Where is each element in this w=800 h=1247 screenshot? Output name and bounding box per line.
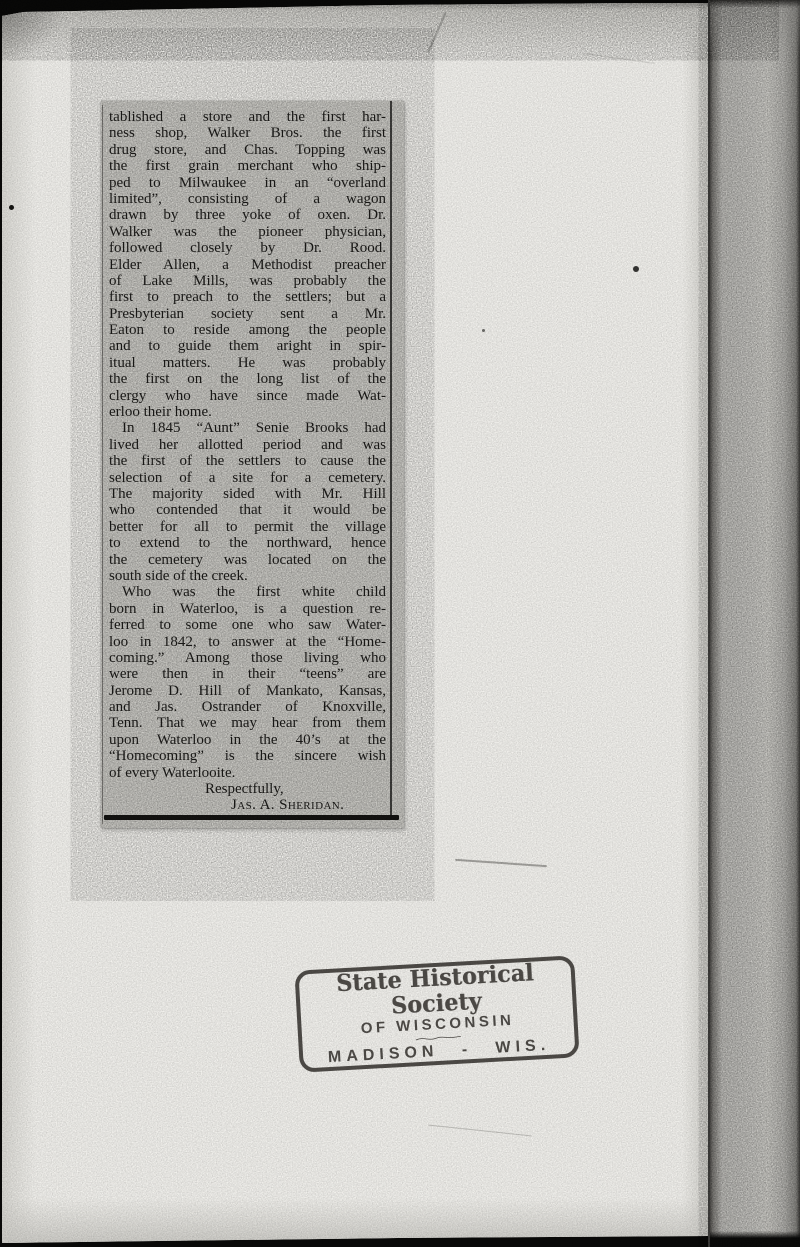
clipping-line: clergy who have since made Wat-	[109, 388, 386, 404]
clipping-line: Presbyterian society sent a Mr.	[109, 306, 386, 322]
clipping-line: the first on the long list of the	[109, 371, 386, 387]
clipping-line: ferred to some one who saw Water-	[109, 617, 386, 633]
stamp-society-name: State Historical Society	[299, 958, 573, 1024]
column-rule-left	[102, 105, 103, 824]
clipping-line: first to preach to the settlers; but a	[109, 289, 386, 305]
newspaper-clipping: tablished a store and the first har-ness…	[101, 101, 404, 828]
scan-speck	[9, 205, 14, 210]
clipping-line: ness shop, Walker Bros. the first	[109, 125, 386, 141]
clipping-line: better for all to permit the village	[109, 519, 386, 535]
clipping-line: Eaton to reside among the people	[109, 322, 386, 338]
clipping-line: the cemetery was located on the	[109, 552, 386, 568]
clipping-line: the first grain merchant who ship-	[109, 158, 386, 174]
clipping-line: the first of the settlers to cause the	[109, 453, 386, 469]
clipping-line: drug store, and Chas. Topping was	[109, 142, 386, 158]
clipping-line: ped to Milwaukee in an “overland	[109, 175, 386, 191]
clipping-line: loo in 1842, to answer at the “Home-	[109, 634, 386, 650]
clipping-paragraphs: tablished a store and the first har-ness…	[109, 109, 386, 781]
clipping-line: born in Waterloo, is a question re-	[109, 601, 386, 617]
article-end-rule	[104, 815, 399, 820]
clipping-line: “Homecoming” is the sincere wish	[109, 748, 386, 764]
signature-closing: Respectfully,	[109, 781, 386, 797]
clipping-line: upon Waterloo in the 40’s at the	[109, 732, 386, 748]
clipping-line: Jerome D. Hill of Mankato, Kansas,	[109, 683, 386, 699]
clipping-text: tablished a store and the first har-ness…	[109, 109, 386, 814]
clipping-line: Elder Allen, a Methodist preacher	[109, 257, 386, 273]
clipping-line: drawn by three yoke of oxen. Dr.	[109, 207, 386, 223]
signature-name: Jas. A. Sheridan.	[109, 797, 386, 813]
clipping-line: who contended that it would be	[109, 502, 386, 518]
clipping-line: south side of the creek.	[109, 568, 386, 584]
adjacent-page-edge	[708, 0, 800, 1247]
clipping-line: Tenn. That we may hear from them	[109, 715, 386, 731]
scanned-document: tablished a store and the first har-ness…	[0, 0, 800, 1247]
column-rule-right	[390, 101, 392, 820]
clipping-line: of every Waterlooite.	[109, 765, 386, 781]
clipping-line: followed closely by Dr. Rood.	[109, 240, 386, 256]
scan-speck	[482, 329, 485, 332]
clipping-line: tablished a store and the first har-	[109, 109, 386, 125]
clipping-line: and to guide them aright in spir-	[109, 338, 386, 354]
clipping-line: of Lake Mills, was probably the	[109, 273, 386, 289]
scan-speck	[633, 266, 639, 272]
clipping-line: Walker was the pioneer physician,	[109, 224, 386, 240]
clipping-line: limited”, consisting of a wagon	[109, 191, 386, 207]
clipping-line: and Jas. Ostrander of Knoxville,	[109, 699, 386, 715]
clipping-line: In 1845 “Aunt” Senie Brooks had	[109, 420, 386, 436]
clipping-line: Who was the first white child	[109, 584, 386, 600]
library-stamp: State Historical Society OF WISCONSIN MA…	[294, 955, 579, 1072]
clipping-line: The majority sided with Mr. Hill	[109, 486, 386, 502]
clipping-line: lived her allotted period and was	[109, 437, 386, 453]
clipping-line: itual matters. He was probably	[109, 355, 386, 371]
clipping-line: coming.” Among those living who	[109, 650, 386, 666]
clipping-line: were then in their “teens” are	[109, 666, 386, 682]
clipping-line: selection of a site for a cemetery.	[109, 470, 386, 486]
clipping-line: to extend to the northward, hence	[109, 535, 386, 551]
clipping-line: erloo their home.	[109, 404, 386, 420]
